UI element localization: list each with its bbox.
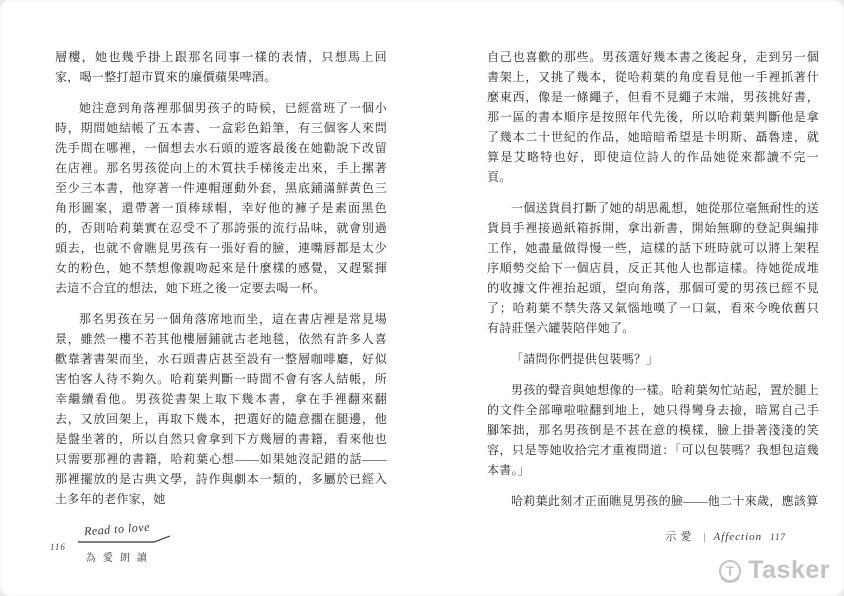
- svg-text:T: T: [726, 563, 734, 578]
- paragraph-text: 她注意到角落裡那個男孩子的時候，已經當班了一個小時，期間她結帳了五本書、一盒彩色…: [55, 98, 387, 298]
- paragraph-text: 一個送貨員打斷了她的胡思亂想，她從那位毫無耐性的送貨員手裡接過紙箱拆開，拿出新書…: [487, 198, 819, 338]
- left-page-text-column: 層樓，她也幾乎掛上跟那名同事一樣的表情，只想馬上回家，喝一整打超市買來的廉價蘋果…: [55, 47, 387, 520]
- paragraph-text: 層樓，她也幾乎掛上跟那名同事一樣的表情，只想馬上回家，喝一整打超市買來的廉價蘋果…: [55, 47, 387, 87]
- left-page-number: 116: [50, 542, 66, 564]
- right-page-text-column: 自己也喜歡的那些。男孩選好幾本書之後起身，走到另一個書架上，又挑了幾本，從哈莉葉…: [487, 47, 819, 522]
- tasker-logo-icon: T: [716, 557, 744, 585]
- paragraph-text: 那名男孩在另一個角落席地而坐，這在書店裡是常見場景，雖然一樓不若其他樓層鋪就古老…: [55, 309, 387, 509]
- paragraph-text: 自己也喜歡的那些。男孩選好幾本書之後起身，走到另一個書架上，又挑了幾本，從哈莉葉…: [487, 47, 819, 187]
- right-page-number: 117: [770, 532, 786, 542]
- book-spread: 層樓，她也幾乎掛上跟那名同事一樣的表情，只想馬上回家，喝一整打超市買來的廉價蘋果…: [0, 0, 844, 596]
- watermark-brand-text: Tasker: [748, 556, 830, 585]
- chapter-title-cjk: 示愛: [665, 528, 695, 544]
- series-cjk-title: 為愛朗讀: [86, 549, 154, 564]
- paragraph-text: 男孩的聲音與她想像的一樣。哈莉葉匆忙站起，置於腿上的文件全部嘩啦啦翻到地上，她只…: [487, 380, 819, 480]
- series-title-block: Read to love 為愛朗讀: [76, 522, 172, 564]
- left-page-footer: 116 Read to love 為愛朗讀: [50, 522, 172, 564]
- chapter-title-en: Affection: [713, 531, 762, 543]
- footer-separator: |: [703, 532, 705, 543]
- paragraph-text: 哈莉葉此刻才正面瞧見男孩的臉——他二十來歲，應該算: [487, 491, 819, 511]
- dialogue-paragraph-text: 「請問你們提供包裝嗎？」: [487, 349, 819, 369]
- tasker-watermark: T Tasker: [716, 556, 830, 585]
- right-page-footer: 示愛 | Affection 117: [665, 528, 786, 544]
